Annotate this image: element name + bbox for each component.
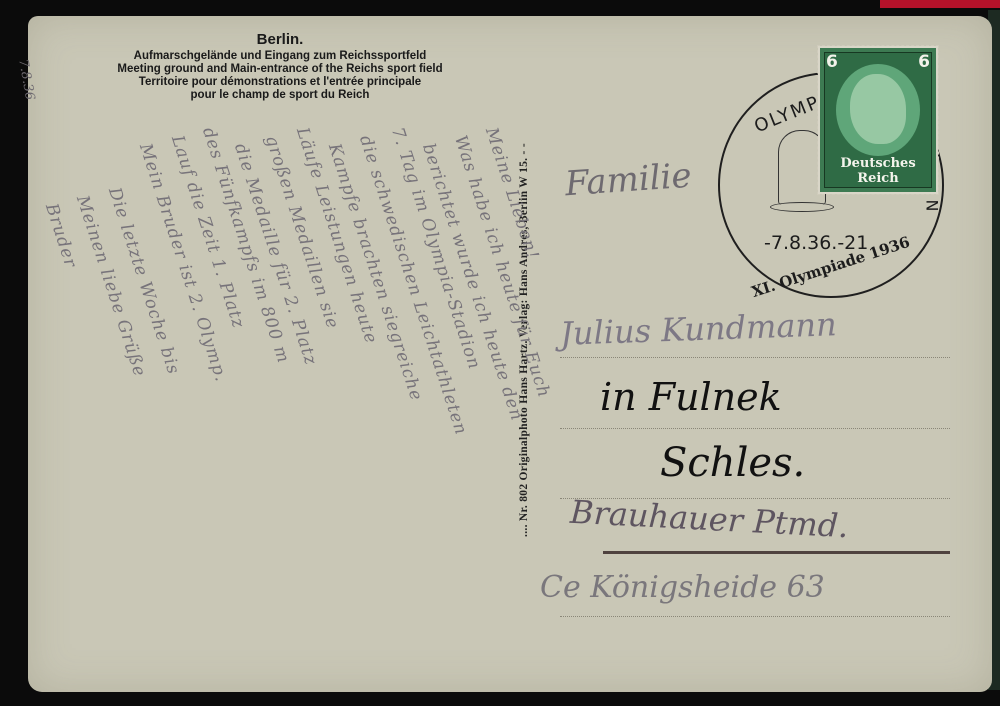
address-region: Schles. [660,440,805,486]
stamp-value-right: 6 [918,52,930,72]
postage-stamp: 6 6 Deutsches Reich [818,46,938,194]
olympic-bell-base [770,202,834,212]
header-line-french-1: Territoire pour démonstrations et l'entr… [60,76,500,89]
printed-header: Berlin. Aufmarschgelände und Eingang zum… [60,30,500,102]
portrait-icon [850,74,906,144]
address-underline [603,551,950,554]
background-red-edge [880,0,1000,8]
header-title: Berlin. [60,30,500,50]
address-town: in Fulnek [600,375,782,419]
header-line-german: Aufmarschgelände und Eingang zum Reichss… [60,50,500,63]
postmark-side-text: N [922,200,941,212]
stamp-value-left: 6 [826,52,838,72]
header-line-english: Meeting ground and Main-entrance of the … [60,63,500,76]
address-rule-1 [560,357,950,358]
stamp-country: Deutsches Reich [820,156,936,186]
address-rule-4 [560,616,950,617]
address-house: Ce Königsheide 63 [540,570,825,605]
address-rule-2 [560,428,950,429]
header-line-french-2: pour le champ de sport du Reich [60,89,500,102]
